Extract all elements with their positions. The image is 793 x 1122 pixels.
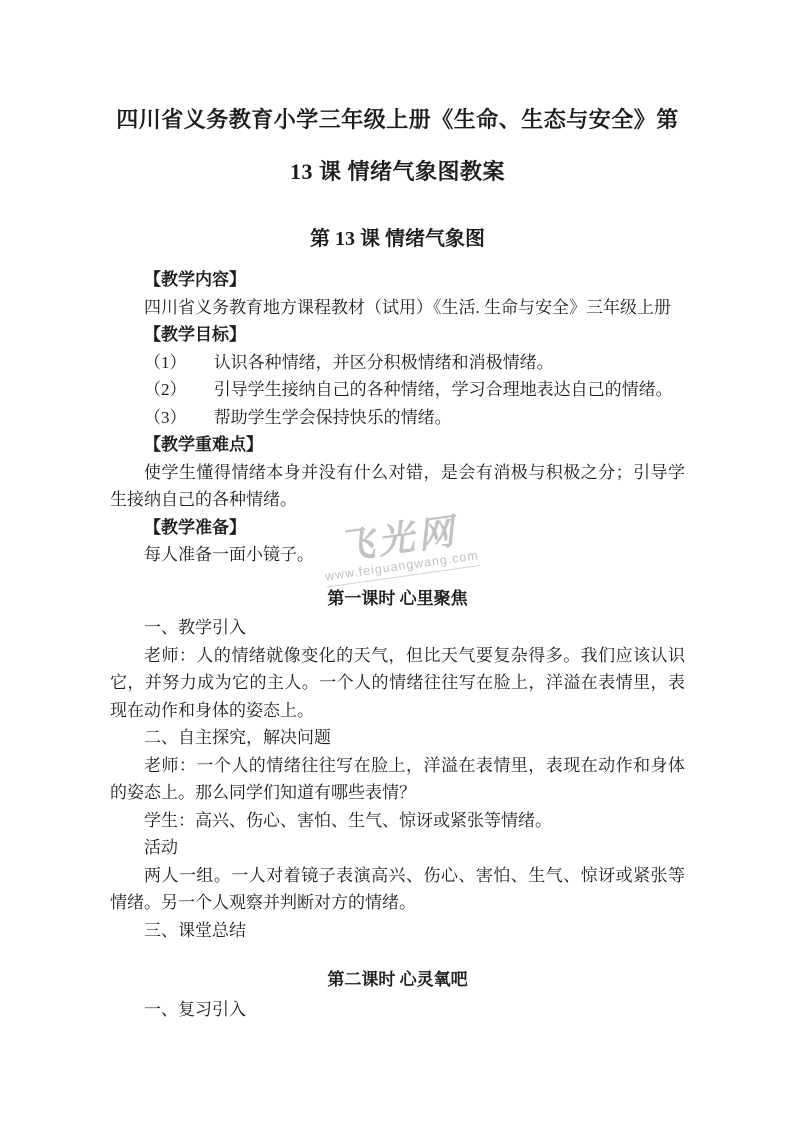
section-heading-teaching-content: 【教学内容】: [110, 266, 685, 294]
goal-number-2: （2）: [144, 380, 187, 399]
period2-paragraph-1: 一、复习引入: [110, 996, 685, 1024]
period1-paragraph-8: 三、课堂总结: [110, 917, 685, 945]
preparation-body: 每人准备一面小镜子。: [110, 541, 685, 569]
teaching-content-body: 四川省义务教育地方课程教材（试用）《生活. 生命与安全》三年级上册: [110, 294, 685, 322]
period1-heading: 第一课时 心里聚焦: [110, 585, 685, 613]
period2-heading: 第二课时 心灵氧吧: [110, 966, 685, 994]
document-page: 四川省义务教育小学三年级上册《生命、生态与安全》第 13 课 情绪气象图教案 第…: [0, 0, 793, 1122]
goal-text-1: 认识各种情绪，并区分积极情绪和消极情绪。: [214, 353, 554, 372]
section-heading-preparation: 【教学准备】: [110, 514, 685, 542]
period1-paragraph-5: 学生：高兴、伤心、害怕、生气、惊讶或紧张等情绪。: [110, 807, 685, 835]
lesson-heading: 第 13 课 情绪气象图: [110, 224, 685, 254]
goal-number-3: （3）: [144, 408, 187, 427]
period1-paragraph-7: 两人一组。一人对着镜子表演高兴、伤心、害怕、生气、惊讶或紧张等情绪。另一个人观察…: [110, 862, 685, 917]
period1-paragraph-3: 二、自主探究，解决问题: [110, 724, 685, 752]
document-title: 四川省义务教育小学三年级上册《生命、生态与安全》第 13 课 情绪气象图教案: [110, 94, 685, 198]
goal-item-1: （1）认识各种情绪，并区分积极情绪和消极情绪。: [110, 349, 685, 377]
goal-text-3: 帮助学生学会保持快乐的情绪。: [214, 408, 452, 427]
key-points-body: 使学生懂得情绪本身并没有什么对错，是会有消极与积极之分；引导学生接纳自己的各种情…: [110, 459, 685, 514]
period1-paragraph-1: 一、教学引入: [110, 614, 685, 642]
goal-number-1: （1）: [144, 353, 187, 372]
period1-paragraph-2: 老师：人的情绪就像变化的天气，但比天气要复杂得多。我们应该认识它，并努力成为它的…: [110, 642, 685, 725]
goal-text-2: 引导学生接纳自己的各种情绪，学习合理地表达自己的情绪。: [214, 380, 673, 399]
goal-item-3: （3）帮助学生学会保持快乐的情绪。: [110, 404, 685, 432]
goal-item-2: （2）引导学生接纳自己的各种情绪，学习合理地表达自己的情绪。: [110, 376, 685, 404]
document-content: 四川省义务教育小学三年级上册《生命、生态与安全》第 13 课 情绪气象图教案 第…: [110, 94, 685, 1023]
section-heading-teaching-goals: 【教学目标】: [110, 321, 685, 349]
period1-paragraph-4: 老师：一个人的情绪往往写在脸上，洋溢在表情里，表现在动作和身体的姿态上。那么同学…: [110, 752, 685, 807]
period1-paragraph-6: 活动: [110, 834, 685, 862]
section-heading-key-points: 【教学重难点】: [110, 431, 685, 459]
